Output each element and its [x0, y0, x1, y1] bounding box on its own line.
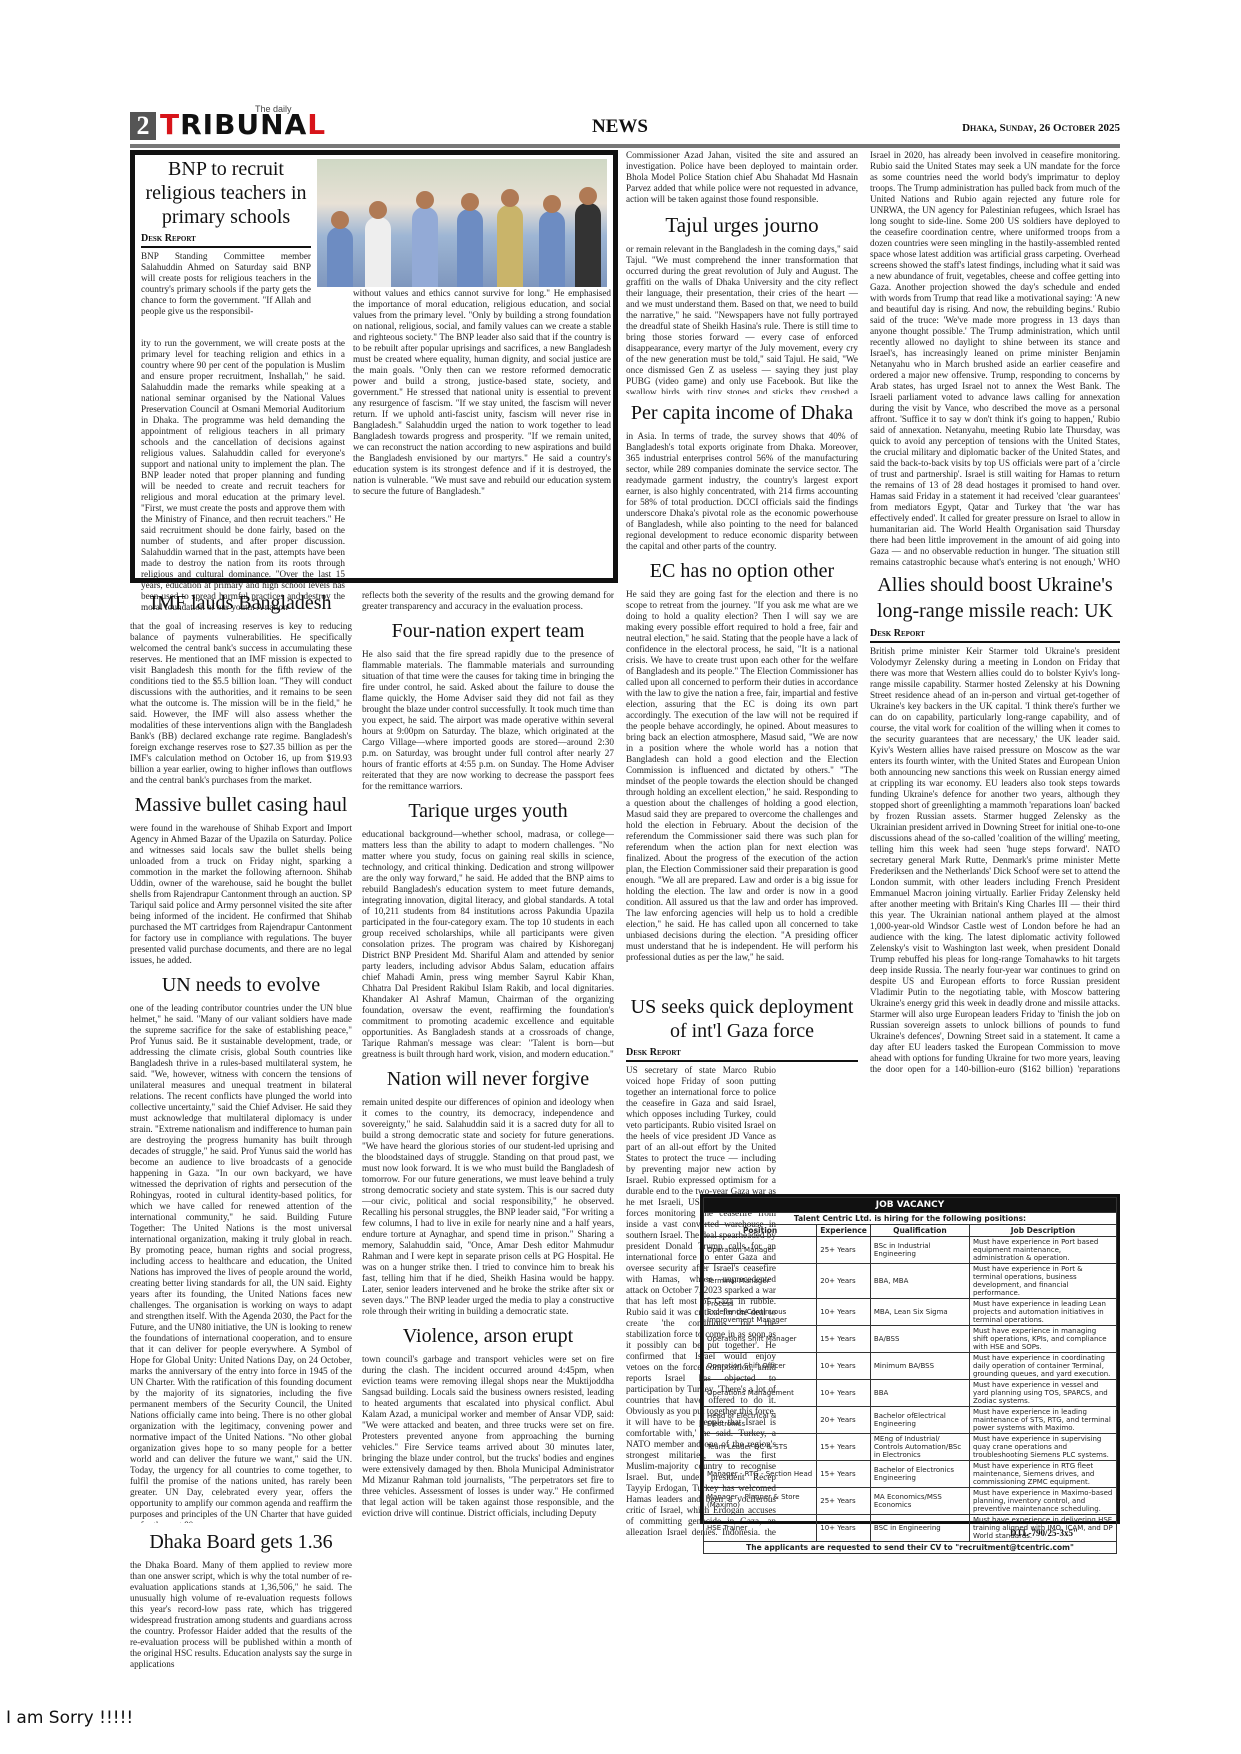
article-headline: Per capita income of Dhaka	[626, 402, 858, 425]
cell-experience: 25+ Years	[817, 1488, 871, 1515]
ad-title: JOB VACANCY	[704, 1198, 1117, 1213]
article-body: were found in the warehouse of Shihab Ex…	[130, 823, 352, 966]
cell-experience: 10+ Years	[817, 1380, 871, 1407]
job-vacancy-table: JOB VACANCY Talent Centric Ltd. is hirin…	[703, 1197, 1117, 1554]
cell-qualification: BA/BSS	[870, 1326, 969, 1353]
table-row: Terminal Manager20+ YearsBBA, MBAMust ha…	[704, 1264, 1117, 1299]
cell-qualification: BBA	[870, 1380, 969, 1407]
cell-qualification: Minimum BA/BSS	[870, 1353, 969, 1380]
col-header-description: Job Description	[969, 1225, 1116, 1237]
page-number: 2	[130, 112, 156, 140]
cell-description: Must have experience in Port & terminal …	[969, 1264, 1116, 1299]
article-body: that the goal of increasing reserves is …	[130, 621, 352, 786]
table-row: Manager - Planner & Store (Maximo)25+ Ye…	[704, 1488, 1117, 1515]
lead-headline: BNP to recruit religious teachers in pri…	[141, 157, 311, 229]
lead-body-col2: without values and ethics cannot survive…	[353, 288, 611, 497]
article-headline: Four-nation expert team	[362, 620, 614, 643]
article-headline: EC has no option other	[626, 560, 858, 583]
column-1-lower: IMF lauds Bangladesh that the goal of in…	[130, 590, 352, 1670]
col-header-position: Position	[704, 1225, 817, 1237]
lead-photo-schoolchildren	[317, 159, 607, 287]
cell-position: Operations Management	[704, 1380, 817, 1407]
table-row: Head of Electrical & Electronics20+ Year…	[704, 1407, 1117, 1434]
cell-experience: 20+ Years	[817, 1407, 871, 1434]
article-body: Israel in 2020, has already been involve…	[870, 150, 1120, 566]
article-headline: IMF lauds Bangladesh	[130, 592, 352, 615]
article-headline: Allies should boost Ukraine's long-range…	[870, 572, 1120, 624]
cell-position: Terminal Manager	[704, 1264, 817, 1299]
cell-description: Must have experience in leading maintena…	[969, 1407, 1116, 1434]
cell-qualification: MEng of Industrial/ Controls Automation/…	[870, 1434, 969, 1461]
article-headline: Massive bullet casing haul	[130, 794, 352, 817]
cell-qualification: Bachelor of Electronics Engineering	[870, 1461, 969, 1488]
masthead-rule	[130, 144, 1120, 148]
col-header-experience: Experience	[817, 1225, 871, 1237]
article-headline: Violence, arson erupt	[362, 1325, 614, 1348]
article-headline: Nation will never forgive	[362, 1068, 614, 1091]
lead-intro: BNP Standing Committee member Salahuddin…	[141, 251, 311, 317]
cell-position: Process Excellence/Continuous Improvemen…	[704, 1299, 817, 1326]
article-body: town council's garbage and transport veh…	[362, 1354, 614, 1519]
table-row: Operation Manager25+ YearsBSc in Industr…	[704, 1237, 1117, 1264]
cell-description: Must have experience in leading Lean pro…	[969, 1299, 1116, 1326]
ad-code: DTL-790/25-3x5"	[1010, 1528, 1078, 1538]
article-body: Commissioner Azad Jahan, visited the sit…	[626, 150, 858, 205]
lead-byline: Desk Report	[141, 233, 311, 248]
article-byline: Desk Report	[870, 628, 1120, 643]
newspaper-page: 2 The daily TRIBUNAL NEWS Dhaka, Sunday,…	[130, 110, 1120, 1660]
cell-qualification: MBA, Lean Six Sigma	[870, 1299, 969, 1326]
article-body: educational background—whether school, m…	[362, 829, 614, 1060]
article-headline: UN needs to evolve	[130, 974, 352, 997]
cell-description: Must have experience in coordinating dai…	[969, 1353, 1116, 1380]
article-body: reflects both the severity of the result…	[362, 590, 614, 612]
cell-experience: 25+ Years	[817, 1237, 871, 1264]
table-row: Operations Shift Manager15+ YearsBA/BSSM…	[704, 1326, 1117, 1353]
ad-subtitle: Talent Centric Ltd. is hiring for the fo…	[704, 1213, 1117, 1225]
cell-position: Head of Electrical & Electronics	[704, 1407, 817, 1434]
table-row: Operations Management10+ YearsBBAMust ha…	[704, 1380, 1117, 1407]
article-body: He also said that the fire spread rapidl…	[362, 649, 614, 792]
lead-story-box: BNP to recruit religious teachers in pri…	[130, 150, 618, 583]
cell-experience: 10+ Years	[817, 1299, 871, 1326]
cell-description: Must have experience in Maximo-based pla…	[969, 1488, 1116, 1515]
cell-description: Must have experience in Port based equip…	[969, 1237, 1116, 1264]
cell-position: HSE Trainer	[704, 1515, 817, 1542]
cell-qualification: MA Economics/MSS Economics	[870, 1488, 969, 1515]
article-body: He said they are going fast for the elec…	[626, 589, 858, 989]
cell-qualification: BSc in Industrial Engineering	[870, 1237, 969, 1264]
table-row: Process Excellence/Continuous Improvemen…	[704, 1299, 1117, 1326]
cell-experience: 15+ Years	[817, 1326, 871, 1353]
article-body: remain united despite our differences of…	[362, 1097, 614, 1317]
col-header-qualification: Qualification	[870, 1225, 969, 1237]
lead-body-col1: ity to run the government, we will creat…	[141, 338, 345, 613]
cell-experience: 10+ Years	[817, 1515, 871, 1542]
cell-position: Manager - RTG - Section Head	[704, 1461, 817, 1488]
cell-experience: 15+ Years	[817, 1434, 871, 1461]
cell-experience: 10+ Years	[817, 1353, 871, 1380]
article-body: or remain relevant in the Bangladesh in …	[626, 244, 858, 394]
dateline: Dhaka, Sunday, 26 October 2025	[962, 122, 1120, 134]
article-body: one of the leading contributor countries…	[130, 1003, 352, 1523]
cell-qualification: BSC in Engineering	[870, 1515, 969, 1542]
cell-qualification: Bachelor ofElectrical Engineering	[870, 1407, 969, 1434]
cell-position: Operations Shift Manager	[704, 1326, 817, 1353]
footer-note: I am Sorry !!!!!	[6, 1708, 133, 1728]
table-row: Manager - RTG - Section Head15+ YearsBac…	[704, 1461, 1117, 1488]
article-byline: Desk Report	[626, 1047, 858, 1062]
cell-description: Must have experience in RTG fleet mainte…	[969, 1461, 1116, 1488]
column-2-lower: reflects both the severity of the result…	[362, 590, 614, 1519]
column-4: Israel in 2020, has already been involve…	[870, 150, 1120, 1076]
logo: TRIBUNAL	[160, 108, 326, 142]
cell-position: Operation Shift Officer	[704, 1353, 817, 1380]
table-row: Team Leader QC & STS15+ YearsMEng of Ind…	[704, 1434, 1117, 1461]
article-headline: Tarique urges youth	[362, 800, 614, 823]
cell-position: Operation Manager	[704, 1237, 817, 1264]
job-vacancy-ad: JOB VACANCY Talent Centric Ltd. is hirin…	[700, 1194, 1120, 1524]
cell-qualification: BBA, MBA	[870, 1264, 969, 1299]
cell-description: Must have experience in vessel and yard …	[969, 1380, 1116, 1407]
masthead: 2 The daily TRIBUNAL NEWS Dhaka, Sunday,…	[130, 110, 1120, 144]
article-headline: US seeks quick deployment of int'l Gaza …	[626, 995, 858, 1043]
article-body: in Asia. In terms of trade, the survey s…	[626, 431, 858, 552]
article-headline: Tajul urges journo	[626, 213, 858, 238]
table-row: Operation Shift Officer10+ YearsMinimum …	[704, 1353, 1117, 1380]
ad-footer: The applicants are requested to send the…	[704, 1542, 1117, 1554]
cell-description: Must have experience in managing shift o…	[969, 1326, 1116, 1353]
article-headline: Dhaka Board gets 1.36	[130, 1531, 352, 1554]
article-body: British prime minister Keir Starmer told…	[870, 646, 1120, 1076]
cell-position: Team Leader QC & STS	[704, 1434, 817, 1461]
cell-position: Manager - Planner & Store (Maximo)	[704, 1488, 817, 1515]
cell-experience: 15+ Years	[817, 1461, 871, 1488]
article-body: the Dhaka Board. Many of them applied to…	[130, 1560, 352, 1670]
cell-description: Must have experience in supervising quay…	[969, 1434, 1116, 1461]
cell-experience: 20+ Years	[817, 1264, 871, 1299]
section-title: NEWS	[592, 116, 648, 138]
